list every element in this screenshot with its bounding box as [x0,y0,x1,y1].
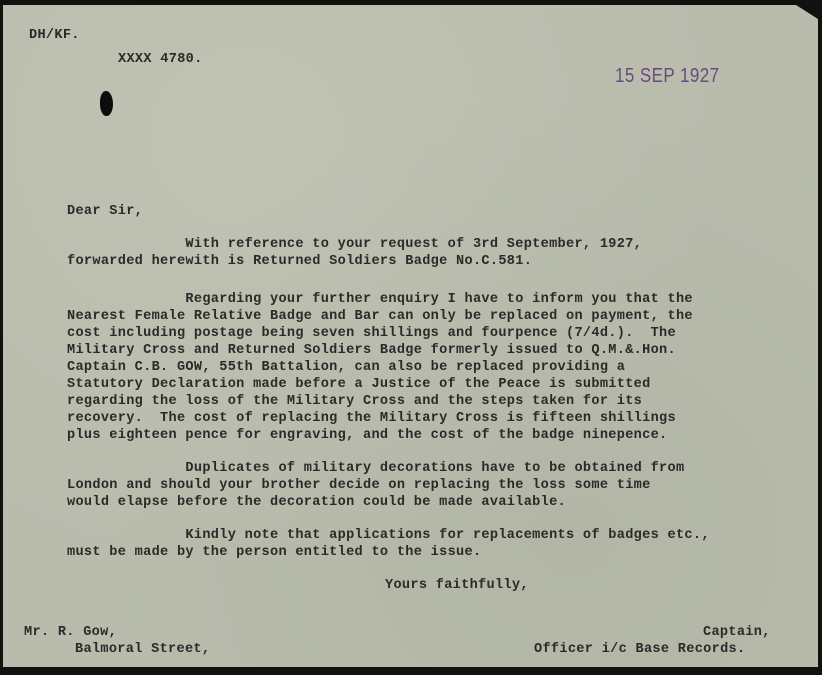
paragraph-line: Kindly note that applications for replac… [67,528,710,545]
date-stamp: 15 SEP 1927 [615,65,720,88]
folded-corner [796,5,818,19]
paragraph-line: forwarded herewith is Returned Soldiers … [67,254,532,271]
recipient-name: Mr. R. Gow, [24,625,117,642]
paragraph-line: Captain C.B. GOW, 55th Battalion, can al… [67,360,625,377]
file-number: XXXX 4780. [118,52,203,69]
punch-hole [100,91,113,116]
paragraph-line: Regarding your further enquiry I have to… [67,292,693,309]
paragraph-line: cost including postage being seven shill… [67,326,676,343]
paragraph-line: Statutory Declaration made before a Just… [67,377,651,394]
paragraph-line: recovery. The cost of replacing the Mili… [67,411,676,428]
paragraph-line: Nearest Female Relative Badge and Bar ca… [67,309,693,326]
signatory-title: Officer i/c Base Records. [534,642,745,659]
paragraph-line: would elapse before the decoration could… [67,495,566,512]
paragraph-line: must be made by the person entitled to t… [67,545,481,562]
reference-initials: DH/KF. [29,28,80,45]
paragraph-line: Duplicates of military decorations have … [67,461,684,478]
paragraph-line: London and should your brother decide on… [67,478,651,495]
letter-page: DH/KF. XXXX 4780. 15 SEP 1927 Dear Sir, … [3,5,818,667]
paragraph-line: plus eighteen pence for engraving, and t… [67,428,668,445]
paragraph-line: regarding the loss of the Military Cross… [67,394,642,411]
recipient-address: Balmoral Street, [75,642,210,659]
paragraph-line: With reference to your request of 3rd Se… [67,237,642,254]
salutation: Dear Sir, [67,204,143,221]
paragraph-line: Military Cross and Returned Soldiers Bad… [67,343,676,360]
closing: Yours faithfully, [385,578,529,595]
signatory-rank: Captain, [703,625,771,642]
